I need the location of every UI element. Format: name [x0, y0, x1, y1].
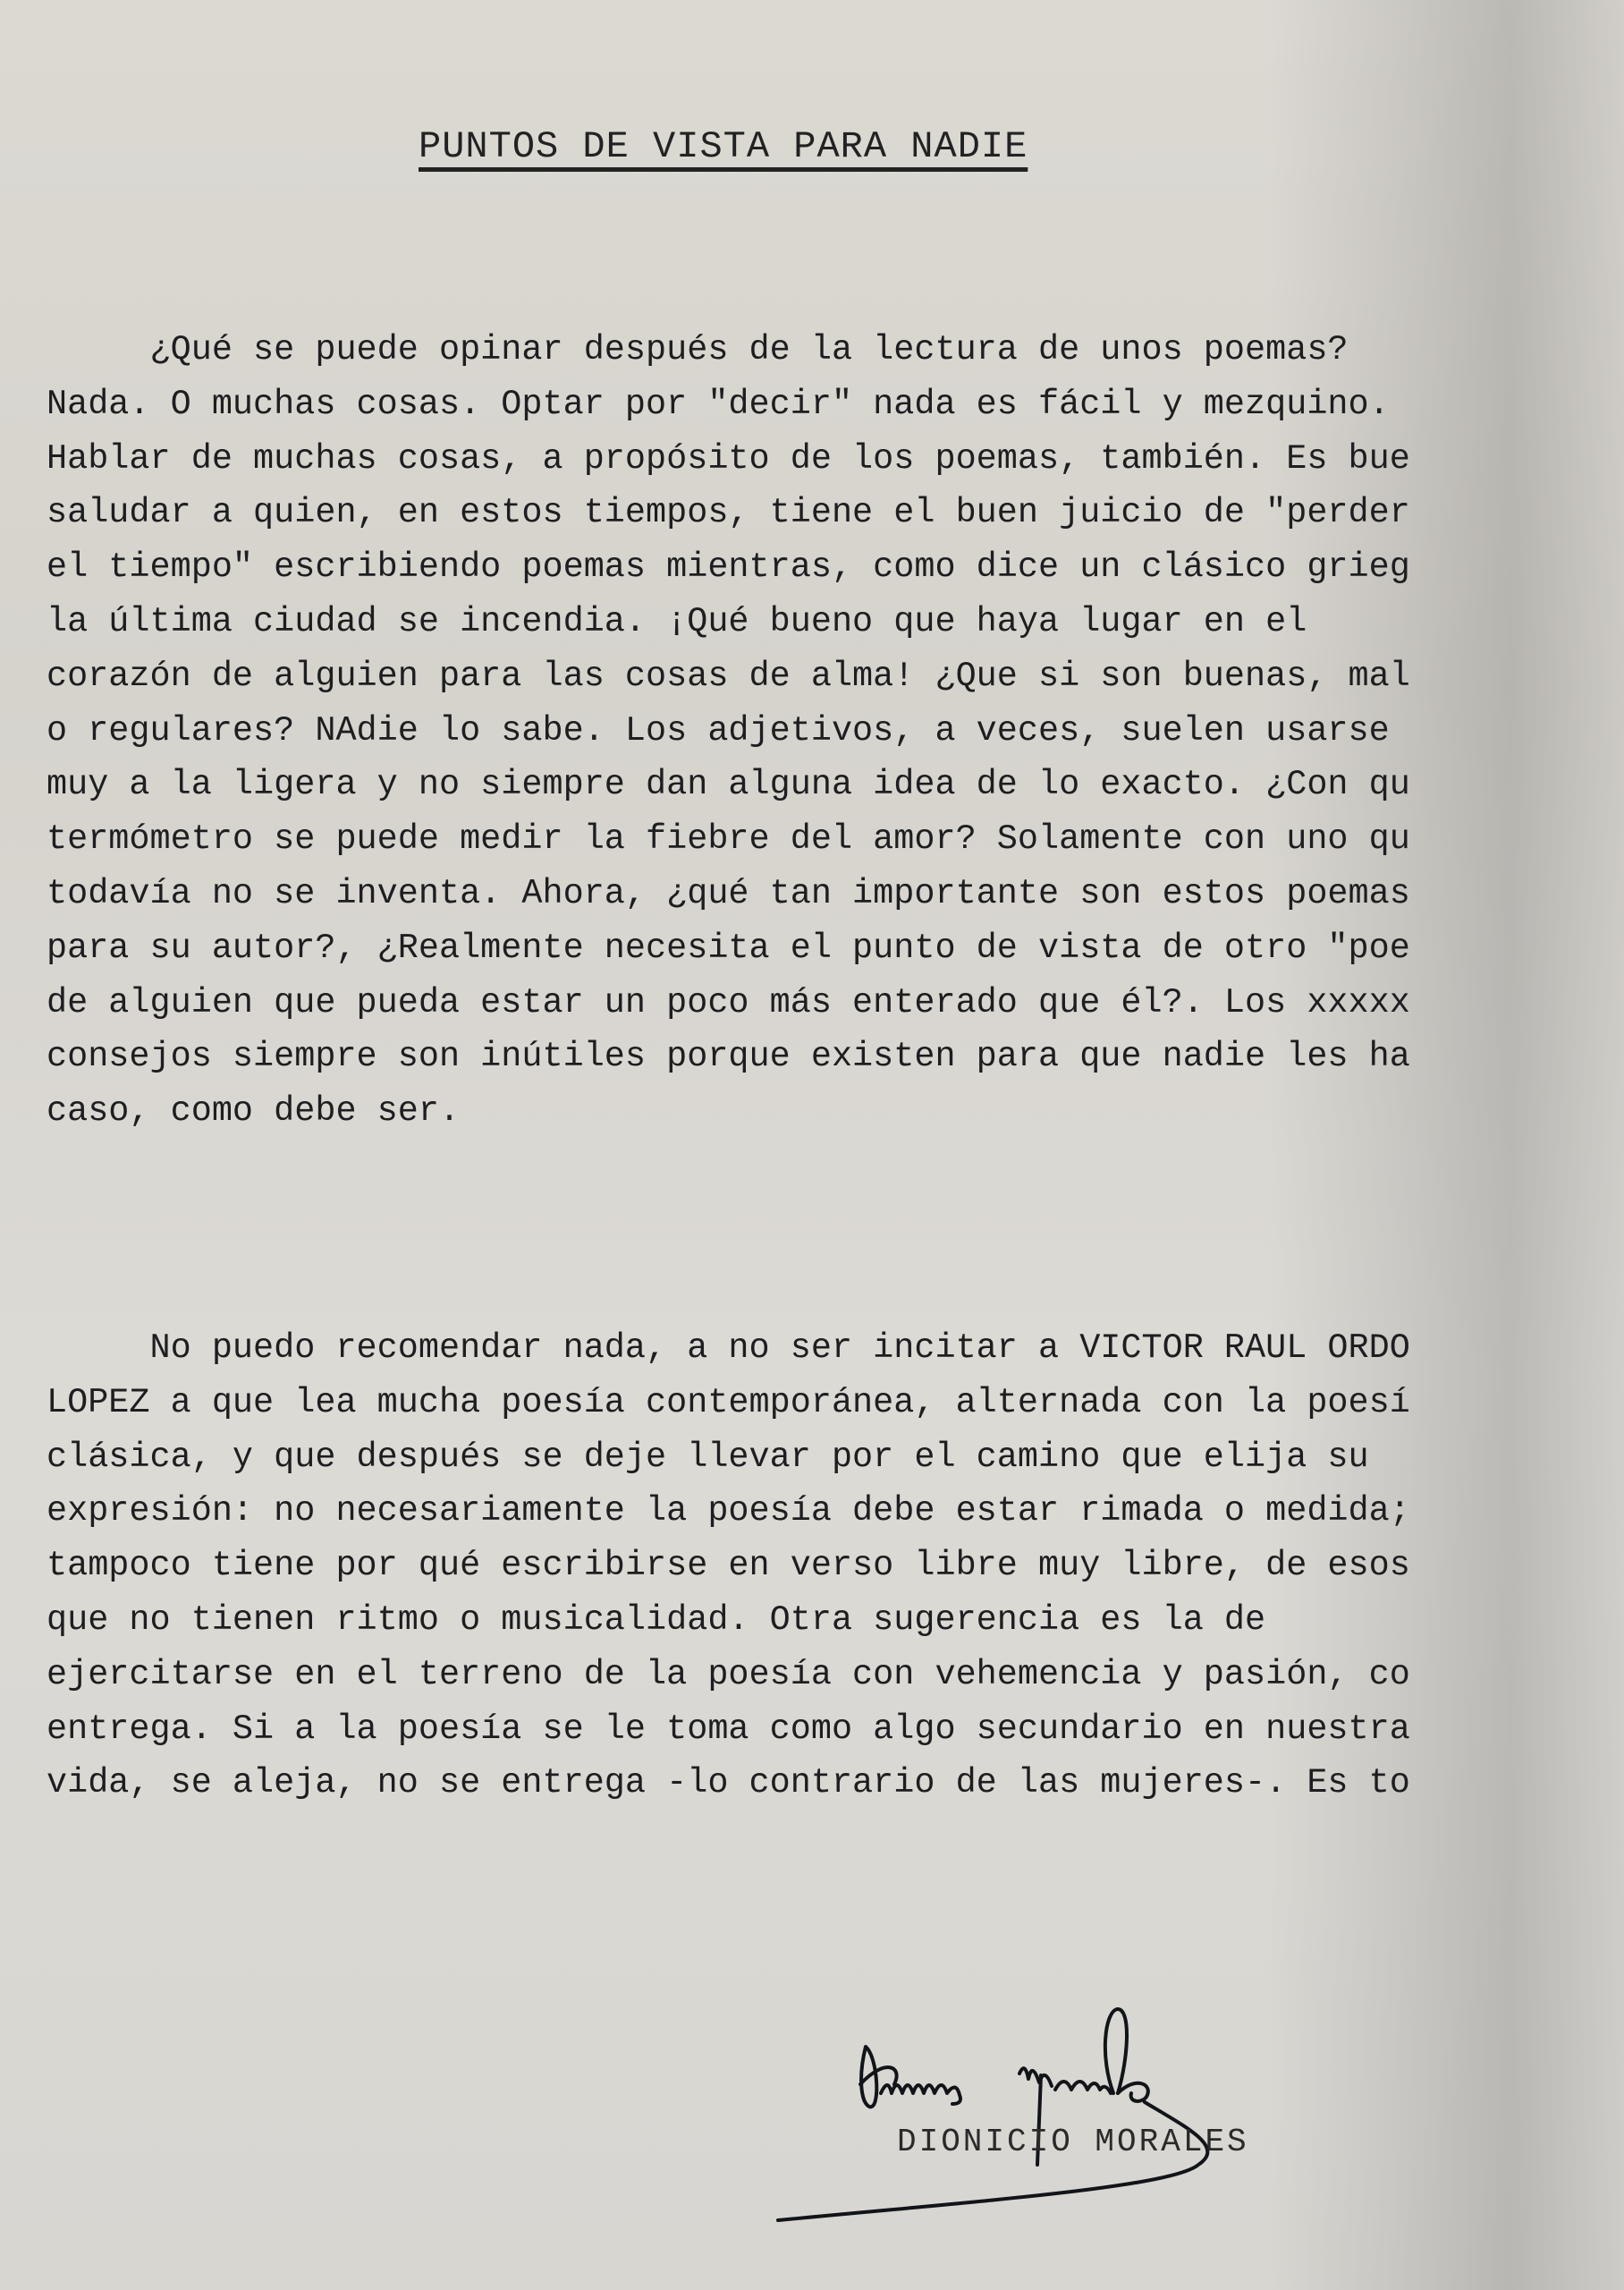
handwritten-signature-icon	[0, 0, 1624, 2290]
typed-signature: DIONICIO MORALES	[897, 2124, 1249, 2160]
typewritten-page: PUNTOS DE VISTA PARA NADIE ¿Qué se puede…	[0, 0, 1624, 2290]
